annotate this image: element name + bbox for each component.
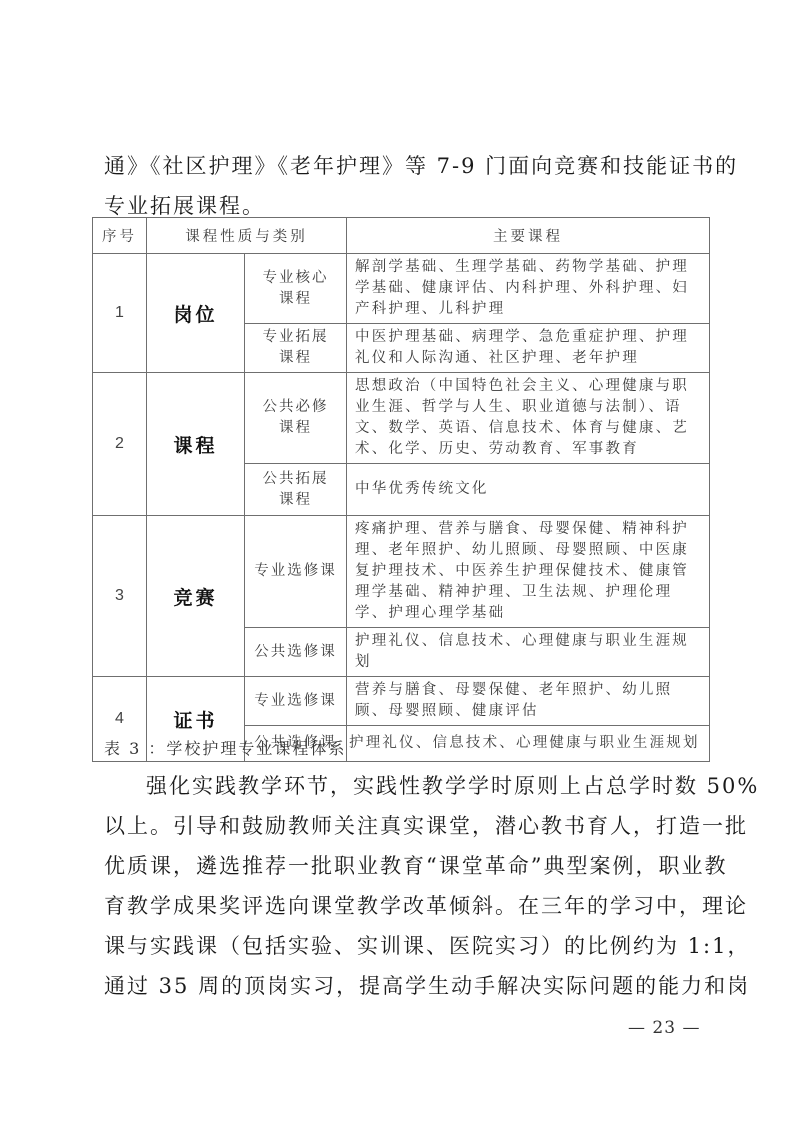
row-seq: 2 (93, 373, 147, 516)
row-courses: 疼痛护理、营养与膳食、母婴保健、精神科护理、老年照护、幼儿照顾、母婴照顾、中医康… (347, 516, 710, 628)
row-course-type: 公共选修课 (245, 628, 347, 677)
row-courses: 解剖学基础、生理学基础、药物学基础、护理学基础、健康评估、内科护理、外科护理、妇… (347, 254, 710, 324)
row-course-type: 专业选修课 (245, 677, 347, 726)
row-courses: 中华优秀传统文化 (347, 464, 710, 516)
page-number: — 23 — (628, 1018, 700, 1038)
header-seq: 序号 (93, 218, 147, 254)
intro-line-2: 专业拓展课程。 (104, 190, 265, 220)
body-line-3: 优质课，遴选推荐一批职业教育“课堂革命”典型案例，职业教 (104, 850, 727, 880)
row-category: 课程 (147, 373, 245, 516)
table-row: 2 课程 公共必修课程 思想政治（中国特色社会主义、心理健康与职业生涯、哲学与人… (93, 373, 710, 464)
table-header-row: 序号 课程性质与类别 主要课程 (93, 218, 710, 254)
row-course-type: 公共拓展课程 (245, 464, 347, 516)
table-row: 3 竞赛 专业选修课 疼痛护理、营养与膳食、母婴保健、精神科护理、老年照护、幼儿… (93, 516, 710, 628)
body-line-6: 通过 35 周的顶岗实习，提高学生动手解决实际问题的能力和岗 (104, 970, 750, 1000)
header-main-courses: 主要课程 (347, 218, 710, 254)
table-caption: 表 3 ：学校护理专业课程体系 (104, 736, 346, 759)
row-courses: 护理礼仪、信息技术、心理健康与职业生涯规划 (347, 726, 710, 762)
row-category: 岗位 (147, 254, 245, 373)
intro-line-1: 通》《社区护理》《老年护理》等 7-9 门面向竞赛和技能证书的 (104, 150, 738, 180)
row-courses: 营养与膳食、母婴保健、老年照护、幼儿照顾、母婴照顾、健康评估 (347, 677, 710, 726)
body-line-2: 以上。引导和鼓励教师关注真实课堂，潜心教书育人，打造一批 (104, 810, 748, 840)
row-course-type: 公共必修课程 (245, 373, 347, 464)
body-line-1: 强化实践教学环节，实践性教学学时原则上占总学时数 50% (146, 770, 759, 800)
body-line-5: 课与实践课（包括实验、实训课、医院实习）的比例约为 1:1， (104, 930, 750, 960)
header-category: 课程性质与类别 (147, 218, 347, 254)
row-course-type: 专业核心课程 (245, 254, 347, 324)
row-seq: 3 (93, 516, 147, 677)
table-row: 4 证书 专业选修课 营养与膳食、母婴保健、老年照护、幼儿照顾、母婴照顾、健康评… (93, 677, 710, 726)
row-courses: 中医护理基础、病理学、急危重症护理、护理礼仪和人际沟通、社区护理、老年护理 (347, 324, 710, 373)
row-seq: 1 (93, 254, 147, 373)
table-row: 1 岗位 专业核心课程 解剖学基础、生理学基础、药物学基础、护理学基础、健康评估… (93, 254, 710, 324)
row-category: 竞赛 (147, 516, 245, 677)
row-course-type: 专业拓展课程 (245, 324, 347, 373)
curriculum-table: 序号 课程性质与类别 主要课程 1 岗位 专业核心课程 解剖学基础、生理学基础、… (92, 217, 710, 762)
row-courses: 思想政治（中国特色社会主义、心理健康与职业生涯、哲学与人生、职业道德与法制）、语… (347, 373, 710, 464)
row-courses: 护理礼仪、信息技术、心理健康与职业生涯规划 (347, 628, 710, 677)
row-course-type: 专业选修课 (245, 516, 347, 628)
body-line-4: 育教学成果奖评选向课堂教学改革倾斜。在三年的学习中，理论 (104, 890, 748, 920)
